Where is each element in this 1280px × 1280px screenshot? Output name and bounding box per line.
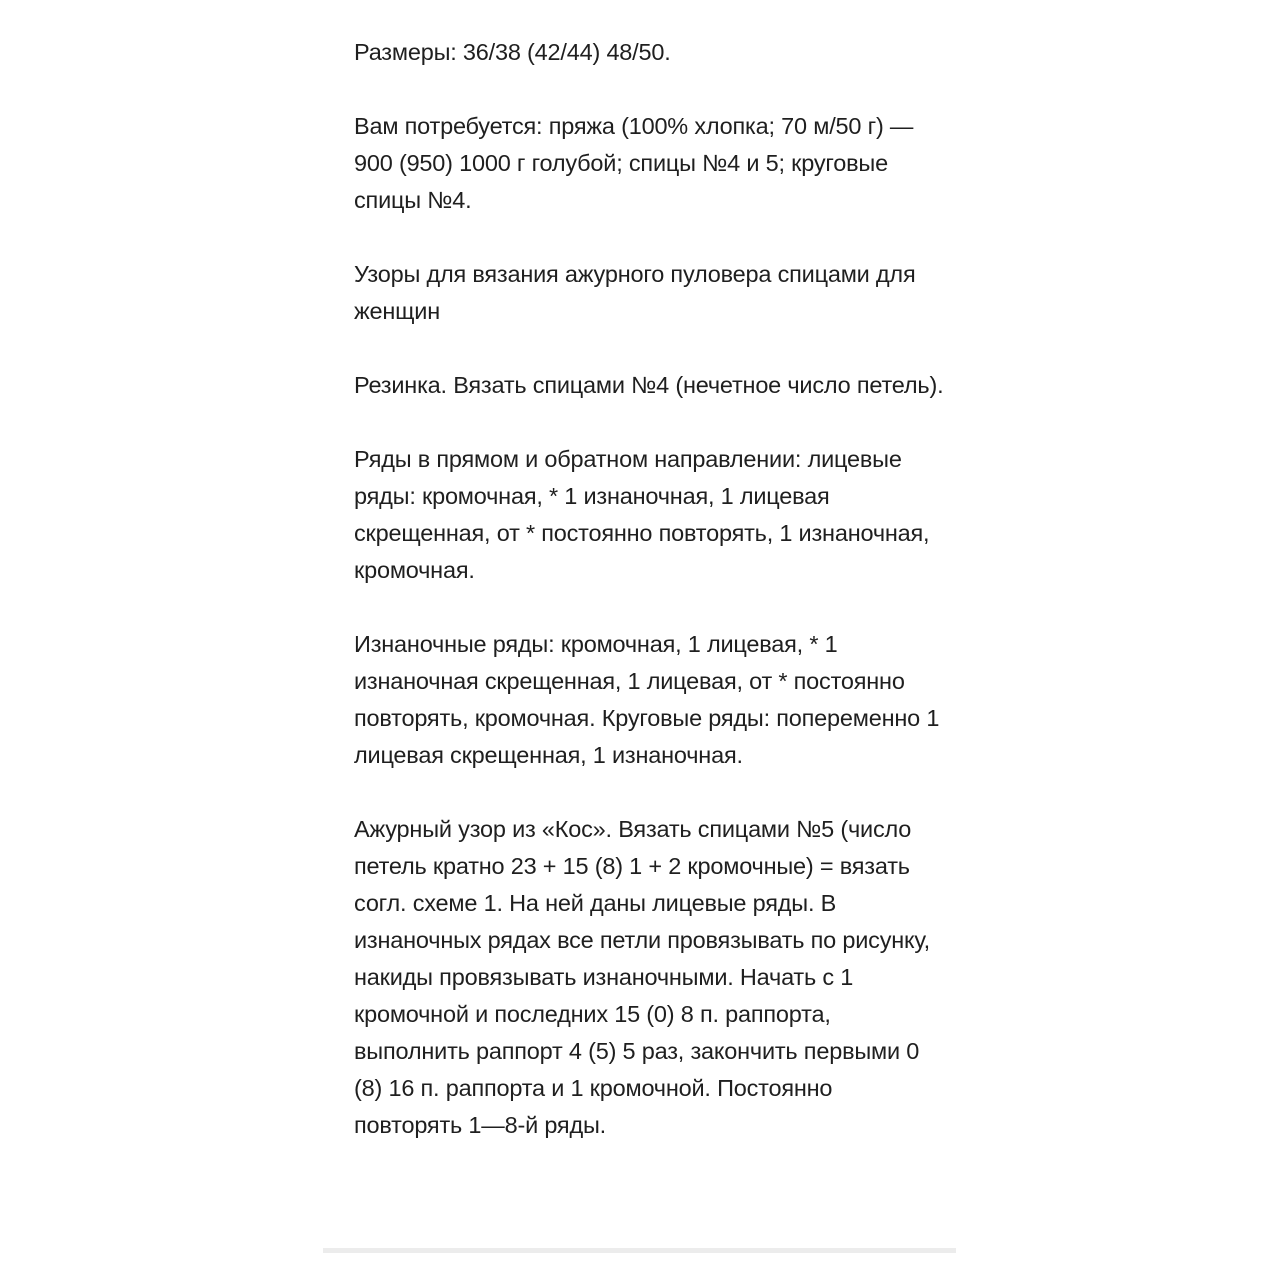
right-side-rows-paragraph: Ряды в прямом и обратном направлении: ли… bbox=[354, 441, 944, 589]
patterns-heading: Узоры для вязания ажурного пуловера спиц… bbox=[354, 256, 944, 330]
lace-cable-pattern-paragraph: Ажурный узор из «Кос». Вязать спицами №5… bbox=[354, 811, 944, 1144]
materials-paragraph: Вам потребуется: пряжа (100% хлопка; 70 … bbox=[354, 108, 944, 219]
bottom-divider bbox=[323, 1248, 956, 1253]
wrong-side-rows-paragraph: Изнаночные ряды: кромочная, 1 лицевая, *… bbox=[354, 626, 944, 774]
article-body: Размеры: 36/38 (42/44) 48/50. Вам потреб… bbox=[354, 34, 944, 1144]
ribbing-paragraph: Резинка. Вязать спицами №4 (нечетное чис… bbox=[354, 367, 944, 404]
sizes-paragraph: Размеры: 36/38 (42/44) 48/50. bbox=[354, 34, 944, 71]
